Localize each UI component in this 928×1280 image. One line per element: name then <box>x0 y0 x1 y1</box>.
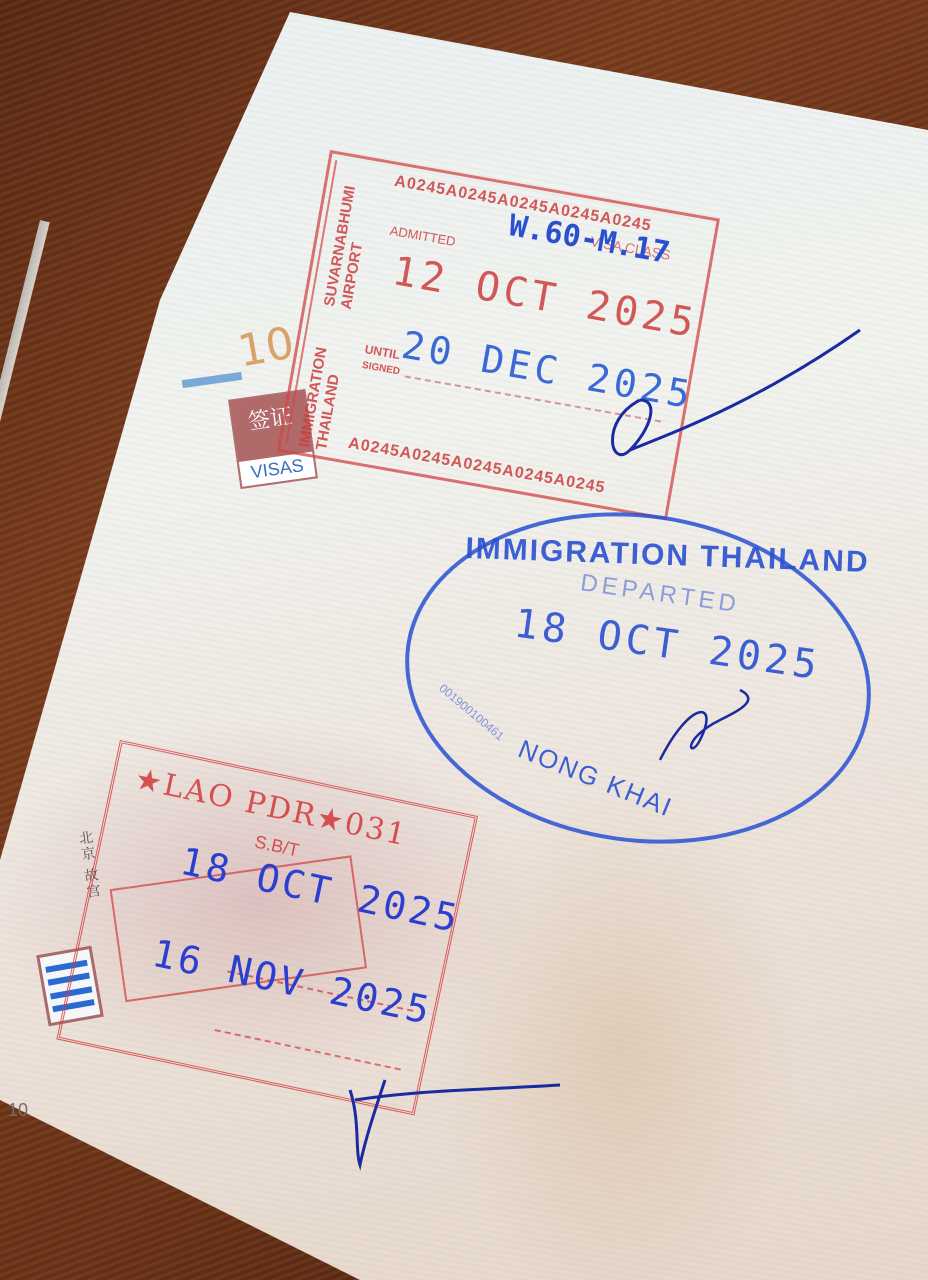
page-number-footer: 10 <box>8 1100 28 1121</box>
until-label: UNTIL <box>364 342 401 362</box>
departure-code: 001900100461 <box>436 681 506 743</box>
admitted-label: ADMITTED <box>389 223 457 249</box>
page-number: 10 <box>234 318 298 378</box>
stamp-authority: IMMIGRATION THAILAND <box>296 311 353 452</box>
departure-date: 18 OCT 2025 <box>511 600 823 689</box>
stamp-port: SUVARNABHUMI AIRPORT <box>321 162 380 311</box>
lao-date-line <box>215 1029 401 1070</box>
signed-label: SIGNED <box>361 360 401 377</box>
departure-port: NONG KHAI <box>514 733 678 823</box>
